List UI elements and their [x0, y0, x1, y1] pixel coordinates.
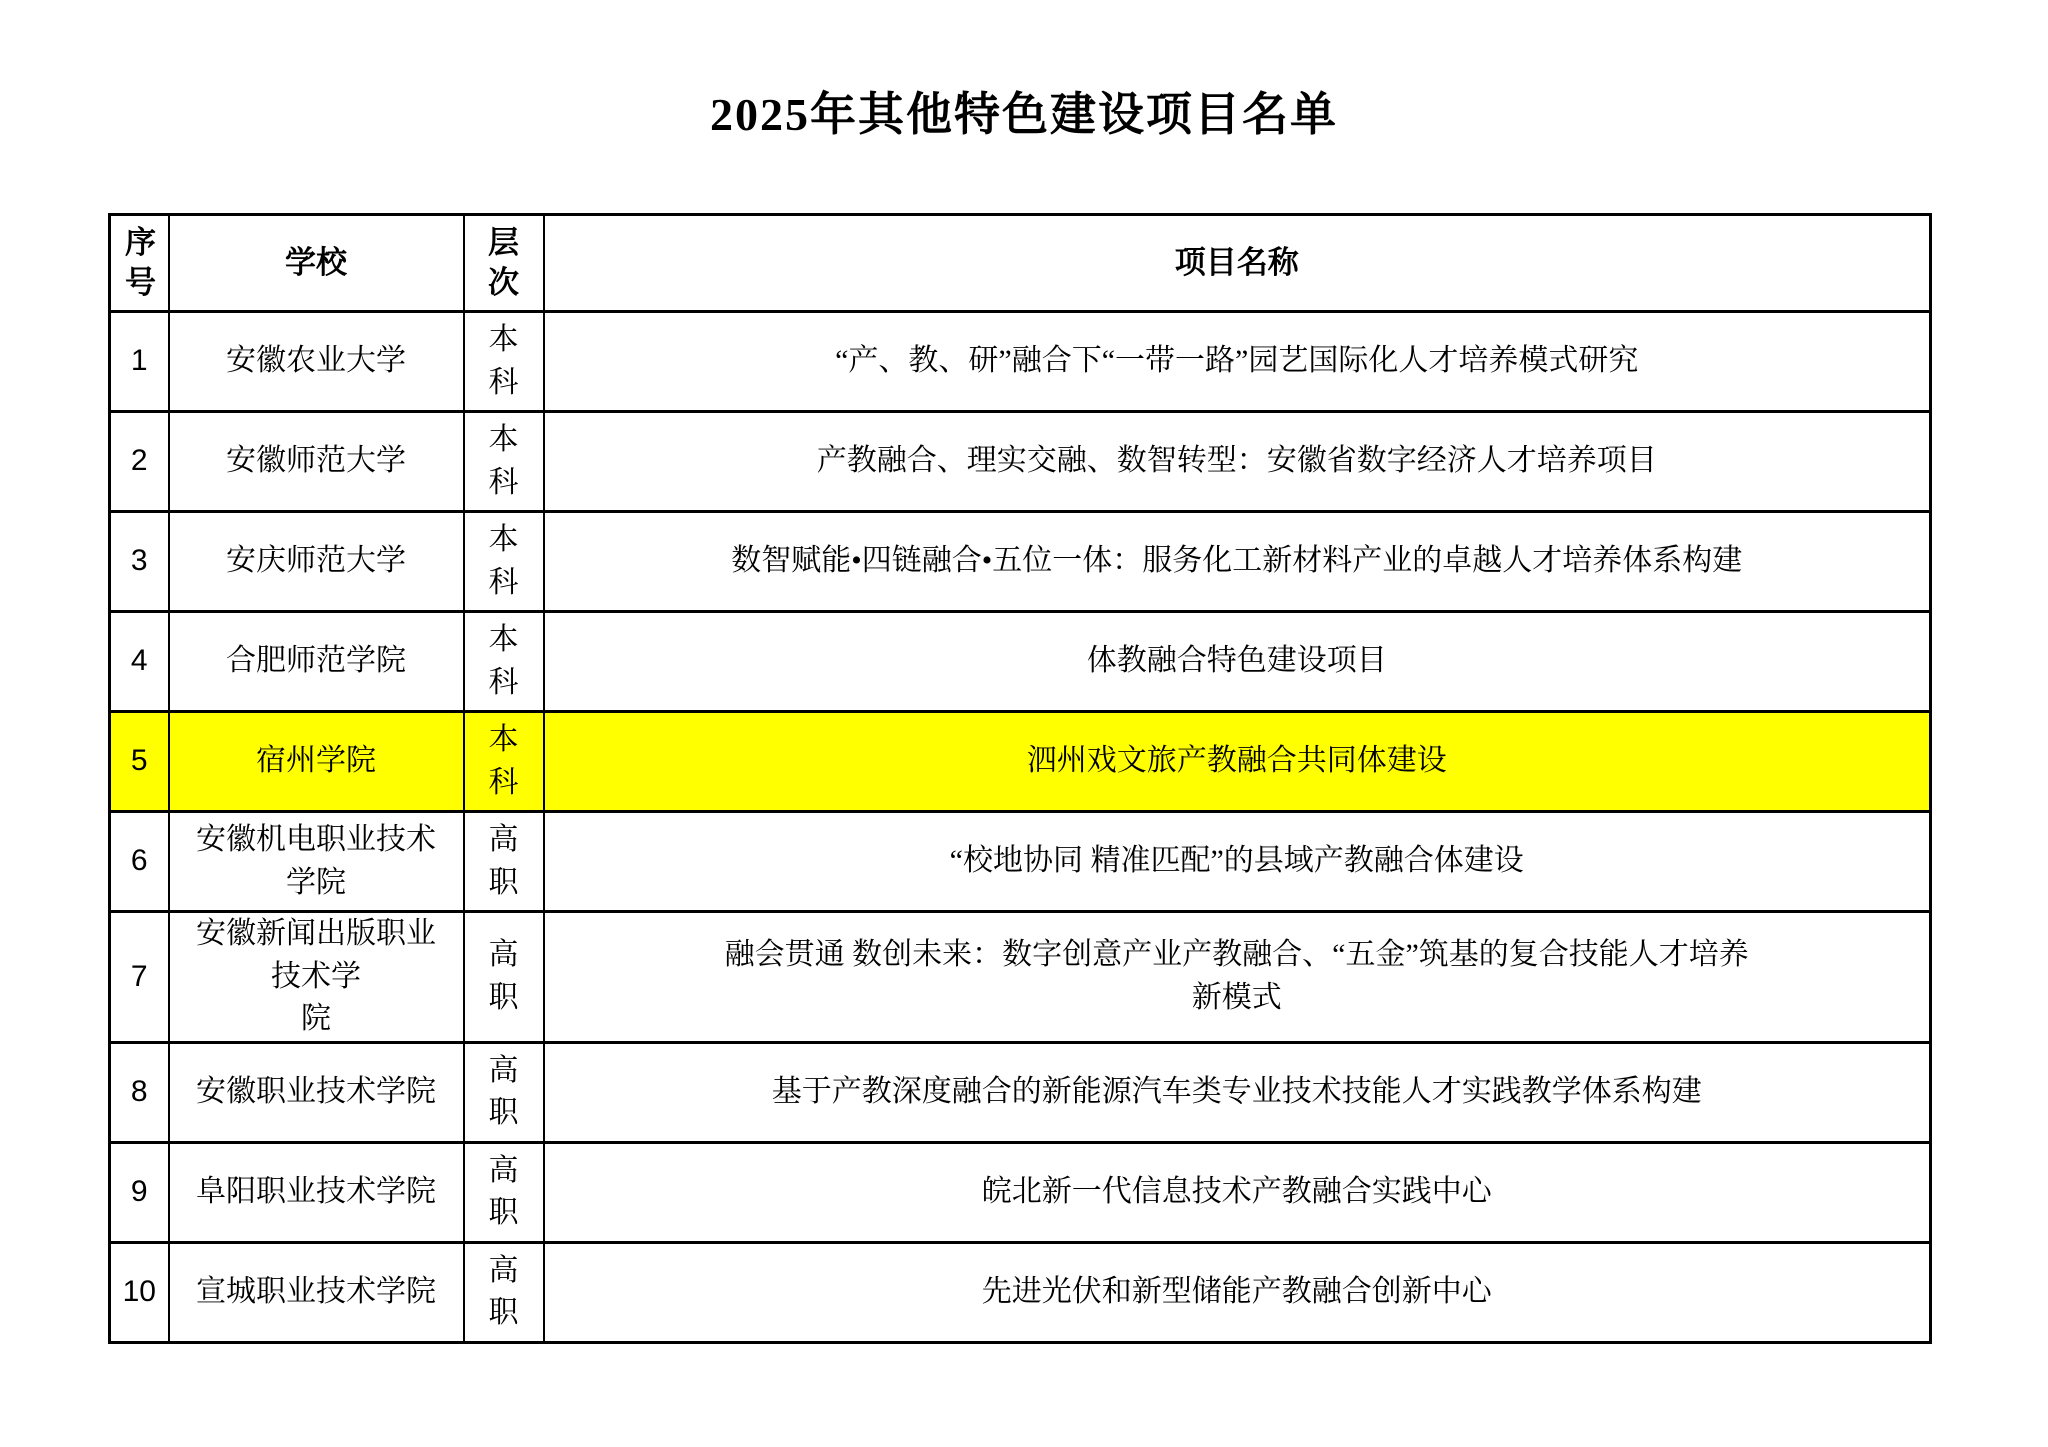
index-cell: 5: [110, 712, 169, 812]
school-cell: 宿州学院: [169, 712, 464, 812]
project-cell: 基于产教深度融合的新能源汽车类专业技术技能人才实践教学体系构建: [544, 1042, 1931, 1142]
level-cell: 高职: [464, 1042, 544, 1142]
header-cell-project: 项目名称: [544, 215, 1931, 312]
project-cell: 数智赋能•四链融合•五位一体：服务化工新材料产业的卓越人才培养体系构建: [544, 512, 1931, 612]
project-cell: 泗州戏文旅产教融合共同体建设: [544, 712, 1931, 812]
index-cell: 6: [110, 812, 169, 912]
table-header: 序 号 学校 层次 项目名称: [110, 215, 1931, 312]
level-cell: 本科: [464, 712, 544, 812]
header-row: 序 号 学校 层次 项目名称: [110, 215, 1931, 312]
page-title: 2025年其他特色建设项目名单: [0, 84, 2048, 146]
index-cell: 7: [110, 912, 169, 1043]
table-row: 3 安庆师范大学 本科 数智赋能•四链融合•五位一体：服务化工新材料产业的卓越人…: [110, 512, 1931, 612]
header-cell-level: 层次: [464, 215, 544, 312]
table-row: 8 安徽职业技术学院 高职 基于产教深度融合的新能源汽车类专业技术技能人才实践教…: [110, 1042, 1931, 1142]
header-cell-index: 序 号: [110, 215, 169, 312]
school-cell: 安徽新闻出版职业技术学 院: [169, 912, 464, 1043]
table-body: 1 安徽农业大学 本科 “产、教、研”融合下“一带一路”园艺国际化人才培养模式研…: [110, 312, 1931, 1343]
school-cell: 宣城职业技术学院: [169, 1242, 464, 1342]
level-cell: 本科: [464, 612, 544, 712]
table-row: 2 安徽师范大学 本科 产教融合、理实交融、数智转型：安徽省数字经济人才培养项目: [110, 412, 1931, 512]
table-row: 7 安徽新闻出版职业技术学 院 高职 融会贯通 数创未来：数字创意产业产教融合、…: [110, 912, 1931, 1043]
school-cell: 合肥师范学院: [169, 612, 464, 712]
projects-table: 序 号 学校 层次 项目名称 1 安徽农业大学 本科 “产、教、研”融合下“一带…: [108, 213, 1932, 1344]
project-cell: 皖北新一代信息技术产教融合实践中心: [544, 1142, 1931, 1242]
index-cell: 4: [110, 612, 169, 712]
project-cell: “产、教、研”融合下“一带一路”园艺国际化人才培养模式研究: [544, 312, 1931, 412]
school-cell: 安徽师范大学: [169, 412, 464, 512]
level-cell: 本科: [464, 312, 544, 412]
level-cell: 高职: [464, 1242, 544, 1342]
project-cell: 融会贯通 数创未来：数字创意产业产教融合、“五金”筑基的复合技能人才培养 新模式: [544, 912, 1931, 1043]
level-cell: 高职: [464, 912, 544, 1043]
project-cell: 产教融合、理实交融、数智转型：安徽省数字经济人才培养项目: [544, 412, 1931, 512]
school-cell: 阜阳职业技术学院: [169, 1142, 464, 1242]
table-row: 9 阜阳职业技术学院 高职 皖北新一代信息技术产教融合实践中心: [110, 1142, 1931, 1242]
level-cell: 高职: [464, 1142, 544, 1242]
index-cell: 2: [110, 412, 169, 512]
project-cell: 体教融合特色建设项目: [544, 612, 1931, 712]
index-cell: 9: [110, 1142, 169, 1242]
school-cell: 安徽机电职业技术学院: [169, 812, 464, 912]
table-row: 4 合肥师范学院 本科 体教融合特色建设项目: [110, 612, 1931, 712]
header-cell-school: 学校: [169, 215, 464, 312]
table-row: 10 宣城职业技术学院 高职 先进光伏和新型储能产教融合创新中心: [110, 1242, 1931, 1342]
table-row-highlighted: 5 宿州学院 本科 泗州戏文旅产教融合共同体建设: [110, 712, 1931, 812]
school-cell: 安徽农业大学: [169, 312, 464, 412]
table-row: 6 安徽机电职业技术学院 高职 “校地协同 精准匹配”的县域产教融合体建设: [110, 812, 1931, 912]
level-cell: 高职: [464, 812, 544, 912]
level-cell: 本科: [464, 512, 544, 612]
index-cell: 8: [110, 1042, 169, 1142]
index-cell: 3: [110, 512, 169, 612]
level-cell: 本科: [464, 412, 544, 512]
index-cell: 10: [110, 1242, 169, 1342]
index-cell: 1: [110, 312, 169, 412]
project-cell: 先进光伏和新型储能产教融合创新中心: [544, 1242, 1931, 1342]
school-cell: 安庆师范大学: [169, 512, 464, 612]
table-row: 1 安徽农业大学 本科 “产、教、研”融合下“一带一路”园艺国际化人才培养模式研…: [110, 312, 1931, 412]
project-cell: “校地协同 精准匹配”的县域产教融合体建设: [544, 812, 1931, 912]
school-cell: 安徽职业技术学院: [169, 1042, 464, 1142]
